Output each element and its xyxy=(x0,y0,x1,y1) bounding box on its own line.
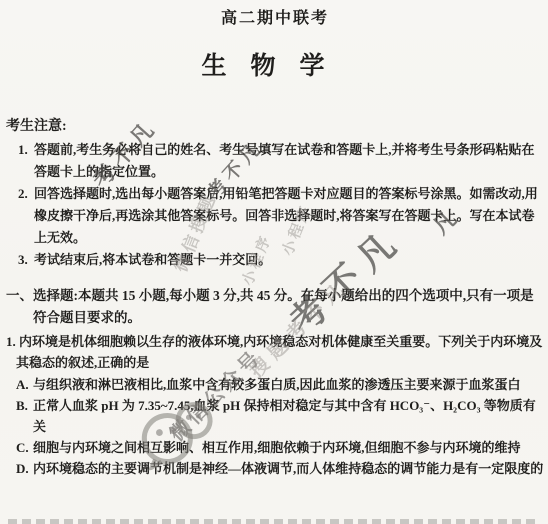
exam-title: 高二期中联考 xyxy=(6,9,544,29)
notice-label: 考生注意: xyxy=(6,117,544,137)
notice-item-text: 回答选择题时,选出每小题答案后,用铅笔把答题卡对应题目的答案标号涂黑。如需改动,… xyxy=(34,183,544,249)
section-one-heading: 一、选择题:本题共 15 小题,每小题 3 分,共 45 分。在每小题给出的四个… xyxy=(6,285,544,329)
option-label: D. xyxy=(16,458,33,479)
option-label: C. xyxy=(16,437,33,458)
option-text: 内环境稳态的主要调节机制是神经—体液调节,而人体维持稳态的调节能力是有一定限度的 xyxy=(33,458,544,479)
option-b: B. 正常人血浆 pH 为 7.35~7.45,血浆 pH 保持相对稳定与其中含… xyxy=(6,395,544,437)
option-text: 与组织液和淋巴液相比,血浆中含有较多蛋白质,因此血浆的渗透压主要来源于血浆蛋白 xyxy=(33,374,544,395)
option-label: A. xyxy=(16,374,33,395)
notice-item: 2. 回答选择题时,选出每小题答案后,用铅笔把答题卡对应题目的答案标号涂黑。如需… xyxy=(6,183,544,249)
option-c: C. 细胞与内环境之间相互影响、相互作用,细胞依赖于内环境,但细胞不参与内环境的… xyxy=(6,437,544,458)
notice-item-text: 考试结束后,将本试卷和答题卡一并交回。 xyxy=(34,249,544,271)
cutoff-next-line xyxy=(8,519,540,524)
exam-paper-page: 高二期中联考 生物学 考生注意: 1. 答题前,考生务必将自己的姓名、考生号填写… xyxy=(0,0,548,524)
notice-item-number: 1. xyxy=(18,139,34,183)
option-a: A. 与组织液和淋巴液相比,血浆中含有较多蛋白质,因此血浆的渗透压主要来源于血浆… xyxy=(6,374,544,395)
option-label: B. xyxy=(16,395,33,437)
notice-list: 1. 答题前,考生务必将自己的姓名、考生号填写在试卷和答题卡上,并将考生号条形码… xyxy=(6,139,544,271)
notice-item: 3. 考试结束后,将本试卷和答题卡一并交回。 xyxy=(6,249,544,271)
question-1-options: A. 与组织液和淋巴液相比,血浆中含有较多蛋白质,因此血浆的渗透压主要来源于血浆… xyxy=(6,374,544,479)
notice-item: 1. 答题前,考生务必将自己的姓名、考生号填写在试卷和答题卡上,并将考生号条形码… xyxy=(6,139,544,183)
option-text: 正常人血浆 pH 为 7.35~7.45,血浆 pH 保持相对稳定与其中含有 H… xyxy=(33,395,544,437)
option-text: 细胞与内环境之间相互影响、相互作用,细胞依赖于内环境,但细胞不参与内环境的维持 xyxy=(33,437,544,458)
notice-item-text: 答题前,考生务必将自己的姓名、考生号填写在试卷和答题卡上,并将考生号条形码粘贴在… xyxy=(34,139,544,183)
question-1-stem: 1. 内环境是机体细胞赖以生存的液体环境,内环境稳态对机体健康至关重要。下列关于… xyxy=(6,331,544,373)
subject-title: 生物学 xyxy=(6,51,544,83)
notice-item-number: 3. xyxy=(18,249,34,271)
option-d: D. 内环境稳态的主要调节机制是神经—体液调节,而人体维持稳态的调节能力是有一定… xyxy=(6,458,544,479)
notice-item-number: 2. xyxy=(18,183,34,249)
